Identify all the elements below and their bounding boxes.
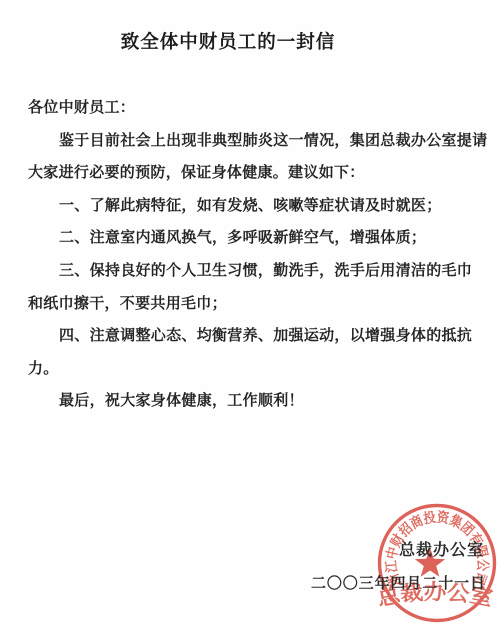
signature: 总裁办公室: [399, 537, 484, 560]
body-line: 和纸巾擦干，不要共用毛巾；: [28, 287, 480, 320]
official-seal: 浙江中财招商投资集团有限公司 总裁办公室: [367, 493, 500, 642]
body-line: 大家进行必要的预防，保证身体健康。建议如下：: [28, 156, 480, 189]
date: 二〇〇三年四月二十一日: [311, 572, 486, 593]
letter-title: 致全体中财员工的一封信: [0, 28, 456, 54]
body-line: 力。: [28, 352, 480, 385]
salutation: 各位中财员工：: [28, 91, 480, 124]
letter-body: 各位中财员工： 鉴于目前社会上出现非典型肺炎这一情况，集团总裁办公室提请 大家进…: [28, 91, 480, 417]
body-line: 一、了解此病特征，如有发烧、咳嗽等症状请及时就医；: [28, 189, 480, 222]
body-line: 鉴于目前社会上出现非典型肺炎这一情况，集团总裁办公室提请: [28, 124, 480, 157]
body-line: 三、保持良好的个人卫生习惯，勤洗手，洗手后用清洁的毛巾: [28, 254, 480, 287]
letter-page: 致全体中财员工的一封信 各位中财员工： 鉴于目前社会上出现非典型肺炎这一情况，集…: [0, 0, 500, 642]
body-line: 二、注意室内通风换气，多呼吸新鲜空气，增强体质；: [28, 221, 480, 254]
body-line: 四、注意调整心态、均衡营养、加强运动，以增强身体的抵抗: [28, 319, 480, 352]
closing-line: 最后，祝大家身体健康，工作顺利！: [28, 384, 480, 417]
